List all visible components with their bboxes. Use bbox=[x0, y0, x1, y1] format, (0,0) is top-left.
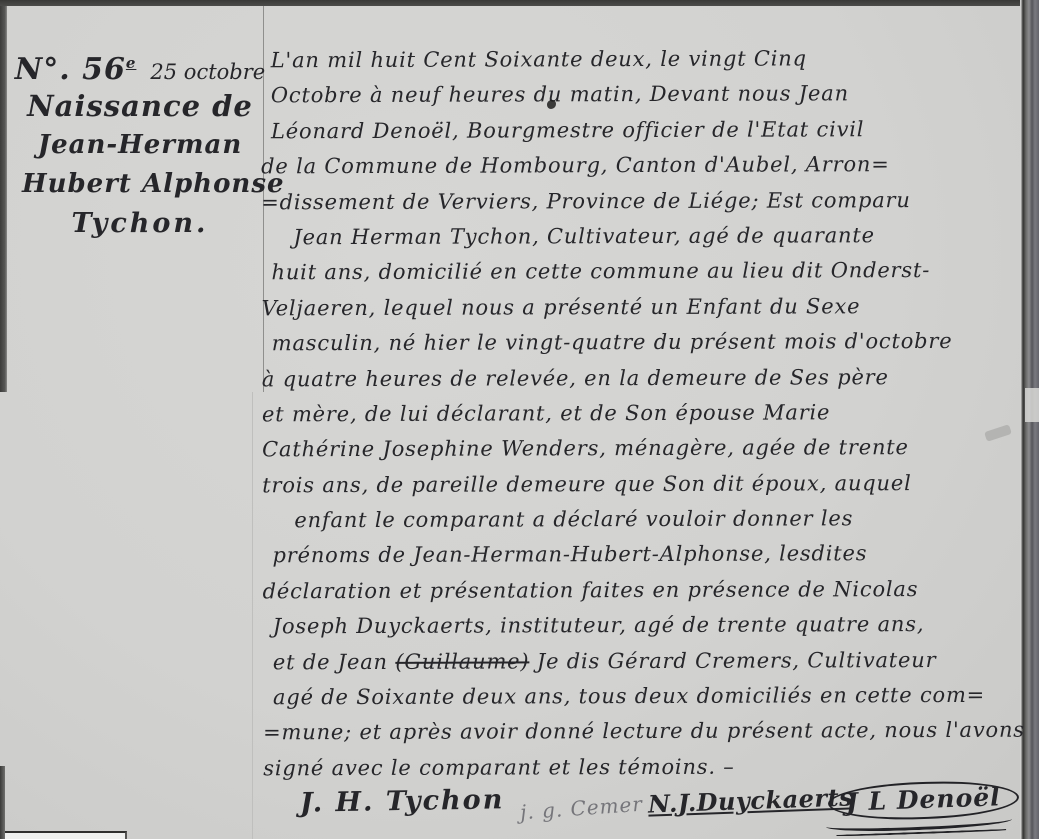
act-header: N°. 56e 25 octobre bbox=[22, 52, 258, 87]
body-line: masculin, né hier le vingt-quatre du pré… bbox=[272, 324, 1018, 362]
body-line: Léonard Denoël, Bourgmestre officier de … bbox=[271, 111, 1017, 149]
body-line: Joseph Duyckaerts, instituteur, agé de t… bbox=[273, 607, 1019, 645]
body-line: =mune; et après avoir donné lecture du p… bbox=[263, 713, 1019, 751]
margin-annotation: N°. 56e 25 octobre Naissance de Jean-Her… bbox=[22, 52, 258, 243]
margin-name-line: Jean-Herman bbox=[22, 126, 258, 165]
act-body-text: L'an mil huit Cent Soixante deux, le vin… bbox=[271, 41, 1020, 787]
act-number-ordinal: e bbox=[126, 54, 137, 72]
gutter-light-notch bbox=[1025, 388, 1039, 422]
struck-word: (Guillaume) bbox=[395, 649, 529, 673]
body-line: et mère, de lui déclarant, et de Son épo… bbox=[262, 395, 1018, 433]
body-line: enfant le comparant a déclaré vouloir do… bbox=[272, 501, 1018, 539]
body-line-post: Je dis Gérard Cremers, Cultivateur bbox=[529, 648, 936, 673]
body-line: =dissement de Verviers, Province de Liég… bbox=[261, 182, 1017, 220]
margin-name-line: Hubert Alphonse bbox=[22, 165, 258, 204]
body-line: de la Commune de Hombourg, Canton d'Aube… bbox=[261, 147, 1017, 185]
body-line-with-correction: et de Jean (Guillaume) Je dis Gérard Cre… bbox=[273, 642, 1019, 680]
body-line: à quatre heures de relevée, en la demeur… bbox=[262, 359, 1018, 397]
signature-declarant-tychon: J. H. Tychon bbox=[300, 784, 505, 819]
body-line: prénoms de Jean-Herman-Hubert-Alphonse, … bbox=[272, 536, 1018, 574]
body-line: Cathérine Josephine Wenders, ménagère, a… bbox=[262, 430, 1018, 468]
margin-title-line: Naissance de bbox=[22, 87, 258, 126]
body-line: agé de Soixante deux ans, tous deux domi… bbox=[273, 678, 1019, 716]
body-line: déclaration et présentation faites en pr… bbox=[263, 572, 1019, 610]
scan-edge-left-bottom bbox=[0, 766, 5, 839]
body-line: Jean Herman Tychon, Cultivateur, agé de … bbox=[271, 218, 1017, 256]
act-date: 25 octobre bbox=[150, 60, 265, 84]
scan-edge-left bbox=[0, 6, 7, 392]
body-line: Octobre à neuf heures du matin, Devant n… bbox=[271, 76, 1017, 114]
body-line: signé avec le comparant et les témoins. … bbox=[263, 749, 1019, 787]
body-line: L'an mil huit Cent Soixante deux, le vin… bbox=[271, 41, 1017, 79]
scan-edge-top bbox=[0, 0, 1039, 6]
margin-surname-line: Tychon. bbox=[22, 204, 258, 243]
body-line: huit ans, domicilié en cette commune au … bbox=[271, 253, 1017, 291]
body-line: trois ans, de pareille demeure que Son d… bbox=[262, 465, 1018, 503]
act-number: N°. 56e bbox=[15, 52, 137, 87]
next-page-corner bbox=[5, 831, 127, 839]
scanned-register-page: N°. 56e 25 octobre Naissance de Jean-Her… bbox=[0, 0, 1039, 839]
page-crease-line bbox=[252, 392, 253, 839]
body-line-pre: et de Jean bbox=[273, 650, 396, 674]
body-line: Veljaeren, lequel nous a présenté un Enf… bbox=[262, 288, 1018, 326]
